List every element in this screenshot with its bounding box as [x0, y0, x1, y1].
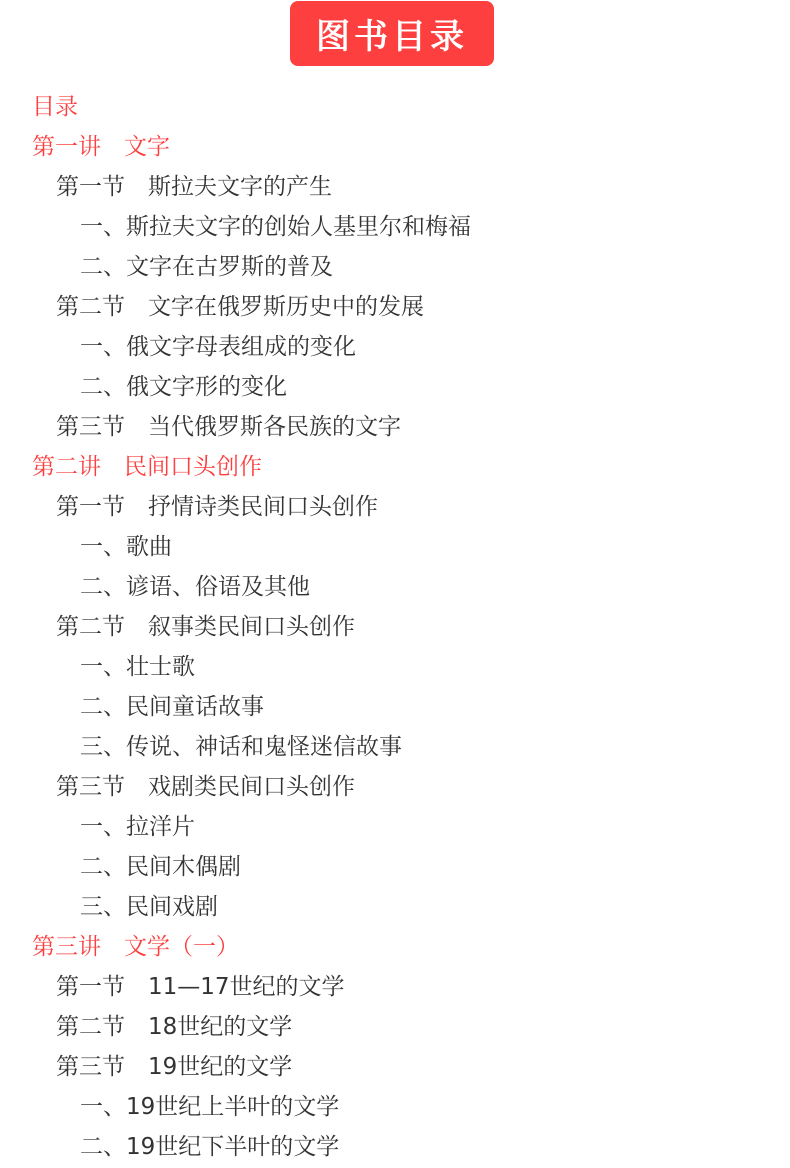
toc-section[interactable]: 第三节 当代俄罗斯各民族的文字 [0, 407, 790, 447]
toc-section[interactable]: 第一节 斯拉夫文字的产生 [0, 167, 790, 207]
toc-section[interactable]: 第二节 文字在俄罗斯历史中的发展 [0, 287, 790, 327]
toc-section[interactable]: 第二节 18世纪的文学 [0, 1007, 790, 1047]
toc-section[interactable]: 第一节 11—17世纪的文学 [0, 967, 790, 1007]
toc-subsection[interactable]: 三、传说、神话和鬼怪迷信故事 [0, 727, 790, 767]
toc-section[interactable]: 第三节 戏剧类民间口头创作 [0, 767, 790, 807]
table-of-contents: 目录 第一讲 文字第一节 斯拉夫文字的产生一、斯拉夫文字的创始人基里尔和梅福二、… [0, 87, 790, 1167]
toc-subsection[interactable]: 二、谚语、俗语及其他 [0, 567, 790, 607]
toc-subsection[interactable]: 二、民间木偶剧 [0, 847, 790, 887]
toc-section[interactable]: 第三节 19世纪的文学 [0, 1047, 790, 1087]
toc-subsection[interactable]: 一、斯拉夫文字的创始人基里尔和梅福 [0, 207, 790, 247]
toc-subsection[interactable]: 一、拉洋片 [0, 807, 790, 847]
toc-subsection[interactable]: 二、俄文字形的变化 [0, 367, 790, 407]
toc-section[interactable]: 第二节 叙事类民间口头创作 [0, 607, 790, 647]
toc-chapter[interactable]: 第三讲 文学（一） [0, 927, 790, 967]
toc-subsection[interactable]: 二、民间童话故事 [0, 687, 790, 727]
page-title-badge: 图书目录 [290, 1, 494, 66]
toc-list: 第一讲 文字第一节 斯拉夫文字的产生一、斯拉夫文字的创始人基里尔和梅福二、文字在… [0, 127, 790, 1167]
toc-subsection[interactable]: 一、19世纪上半叶的文学 [0, 1087, 790, 1127]
toc-subsection[interactable]: 一、歌曲 [0, 527, 790, 567]
toc-heading: 目录 [0, 87, 790, 127]
page-title: 图书目录 [316, 9, 468, 58]
toc-subsection[interactable]: 一、壮士歌 [0, 647, 790, 687]
toc-chapter[interactable]: 第一讲 文字 [0, 127, 790, 167]
toc-chapter[interactable]: 第二讲 民间口头创作 [0, 447, 790, 487]
toc-subsection[interactable]: 三、民间戏剧 [0, 887, 790, 927]
toc-subsection[interactable]: 二、19世纪下半叶的文学 [0, 1127, 790, 1167]
toc-subsection[interactable]: 一、俄文字母表组成的变化 [0, 327, 790, 367]
toc-section[interactable]: 第一节 抒情诗类民间口头创作 [0, 487, 790, 527]
toc-subsection[interactable]: 二、文字在古罗斯的普及 [0, 247, 790, 287]
